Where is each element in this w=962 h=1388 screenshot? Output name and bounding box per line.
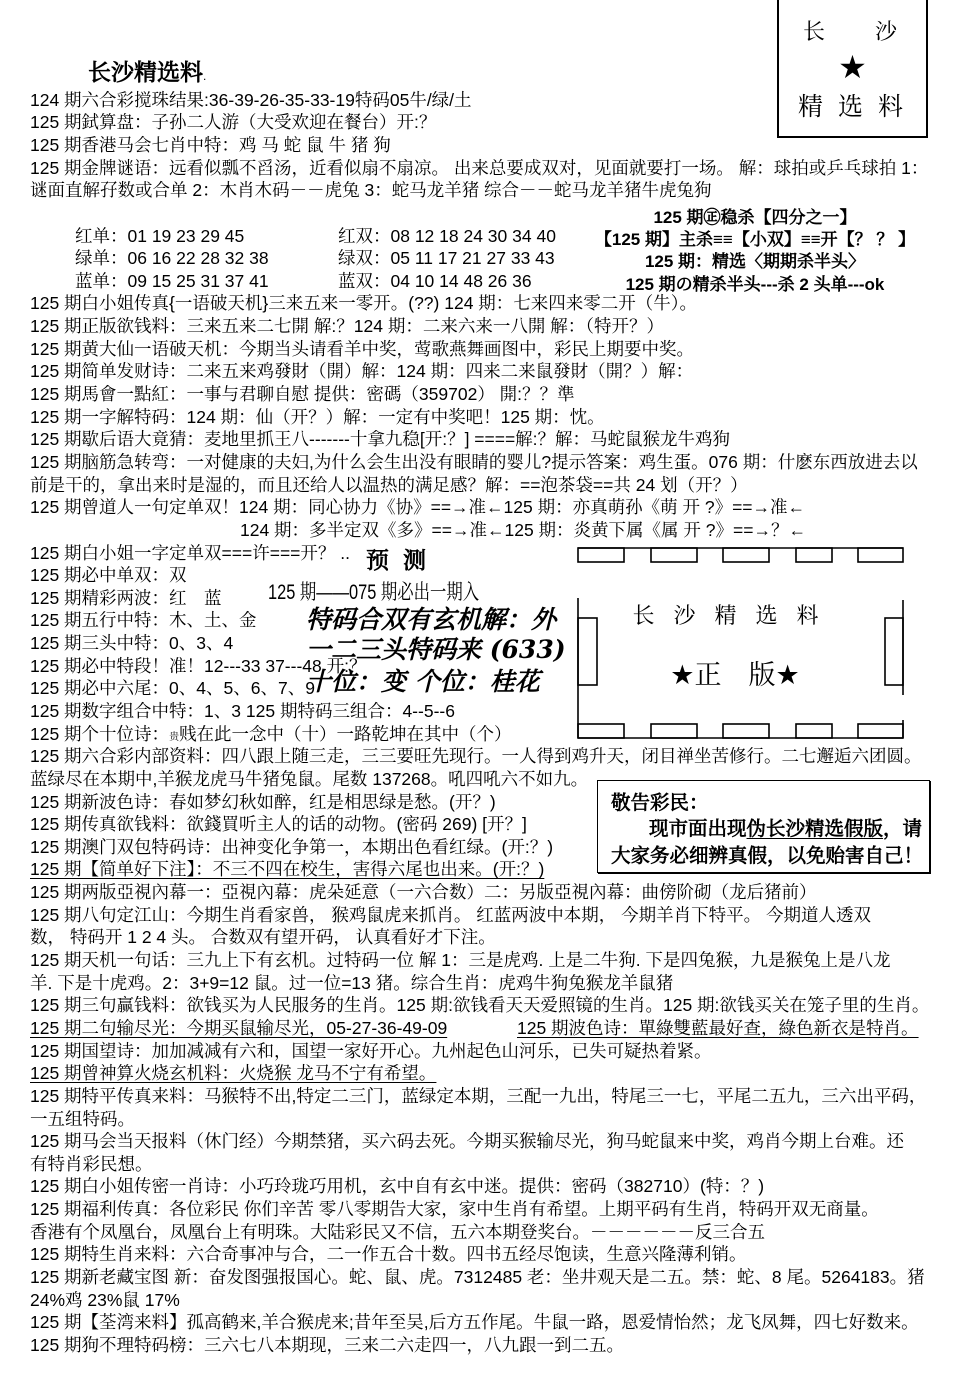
text-line: 125 期白小姐传密一肖诗：小巧玲珑巧用机，玄中自有玄中迷。提供：密码（3827… xyxy=(30,1175,950,1198)
underlined-text-right: 125 期波色诗：單綠雙藍最好查，綠色新衣是特肖。 xyxy=(517,1017,919,1040)
logo-char-chang: 长 xyxy=(803,20,825,44)
text-line: 125 期香港马会七肖中特：鸡 马 蛇 鼠 牛 猪 狗 xyxy=(30,134,950,157)
handwritten-line-3: 十位：变 个位：桂花 xyxy=(306,667,540,697)
logo-char-sha: 沙 xyxy=(875,20,897,44)
text-line: 125 期馬會一點紅：一事与君聊自慰 提供：密碼（359702） 開:？？準 xyxy=(30,383,950,406)
text-line-indented: 124 期：多半定双《多》==→准←125 期：炎黄下属《属 开 ?》==→？← xyxy=(30,519,950,542)
text-line: 125 期天机一句话：三九上下有玄机。过特码一位 解 1：三是虎鸡. 上是二牛狗… xyxy=(30,949,950,972)
text-line: 125 期新老藏宝图 新：奋发图强报国心。蛇、鼠、虎。7312485 老：坐井观… xyxy=(30,1266,950,1289)
notice-heading: 敬告彩民： xyxy=(611,791,709,815)
line-rest: 贱在此一念中（十）一路乾坤在其中（个） xyxy=(179,724,512,744)
text-line: 125 期金牌谜语：远看似瓢不舀汤，近看似扇不扇凉。 出来总要成双对，见面就要打… xyxy=(30,157,950,180)
decorative-frame xyxy=(570,540,915,745)
text-line: 125 期八句定江山：今期生肖看家兽， 猴鸡鼠虎来抓肖。 红蓝两波中本期， 今期… xyxy=(30,904,950,927)
title-text: 长沙精选料 xyxy=(88,59,203,85)
color-row-blue: 蓝单：09 15 25 31 37 41 蓝双：04 10 14 48 26 3… xyxy=(30,270,950,293)
text-line: 125 期特生肖来料：六合奇事冲与合，二一作五合十数。四书五经尽饱读，生意兴隆薄… xyxy=(30,1243,950,1266)
text-line: 125 期曾道人一句定单双！124 期：同心协力《协》==→准←125 期：亦真… xyxy=(30,496,950,519)
text-line: 125 期特平传真来料：马猴特不出,特定二三门，蓝绿定本期，三配一九出，特尾三一… xyxy=(30,1085,950,1108)
text-line: 谜面直解孖数或合单 2：木肖木码－－虎兔 3：蛇马龙羊猪 综合－－蛇马龙羊猪牛虎… xyxy=(30,179,950,202)
text-line: 125 期国望诗：加加减减有六和，国望一家好开心。九州起色山河乐，已失可疑热着紧… xyxy=(30,1040,950,1063)
text-line: 125 期脑筋急转弯：一对健康的夫妇,为什么会生出没有眼睛的婴儿?提示答案：鸡生… xyxy=(30,451,950,474)
red-single-numbers: 红单：01 19 23 29 45 xyxy=(75,225,244,248)
small-char: 贵 xyxy=(169,732,179,743)
text-line-two-segments: 125 期二句输尽光：今期买鼠输尽光，05-27-36-49-09 125 期波… xyxy=(30,1017,950,1040)
handwritten-line-2: 一二三头特码来 (633) xyxy=(306,635,566,665)
notice-box: 敬告彩民： 现市面出现伪长沙精选假版，请 大家务必细辨真假，以免贻害自己！ xyxy=(597,780,930,873)
text-line: 香港有个凤凰台，凤凰台上有明珠。大陆彩民又不信，五六本期登奖台。－－－－－－反三… xyxy=(30,1221,950,1244)
blue-single-numbers: 蓝单：09 15 25 31 37 41 xyxy=(75,270,269,293)
text-line: 有特肖彩民想。 xyxy=(30,1153,950,1176)
text-line: 125 期福利传真：各位彩民 你们辛苦 零八零期告大家，家中生肖有希望。上期平码… xyxy=(30,1198,950,1221)
handwritten-line-1: 特码合双有玄机解：外 xyxy=(306,605,556,635)
text-line: 24%鸡 23%鼠 17% xyxy=(30,1289,950,1312)
text-line-underlined: 125 期曾神算火烧玄机料：火烧猴 龙马不宁有希望。 xyxy=(30,1062,950,1085)
line-prefix: 125 期个十位诗： xyxy=(30,724,169,744)
underlined-text: 125 期【简单好下注】：不三不四在校生，害得六尾也出来。(开:？) xyxy=(30,859,544,879)
prediction-subtitle: 125 期——075 期必出一期入 xyxy=(268,581,479,605)
text-line: 前是干的，拿出来时是湿的，而且还给人以温热的满足感？解：==泡茶袋==共 24 … xyxy=(30,474,950,497)
line-draw-result: 124 期六合彩搅珠结果:36-39-26-35-33-19特码05牛/绿/土 xyxy=(30,89,950,112)
prediction-title: 预测 xyxy=(366,546,440,574)
text-line: 125 期六合彩内部资料：四八跟上随三走，三三要旺先现行。一人得到鸡升天，闭目禅… xyxy=(30,745,950,768)
color-row-green: 绿单：06 16 22 28 32 38 绿双：05 11 17 21 27 3… xyxy=(30,247,950,270)
text-line: 125 期两版亞視內幕一：亞視內幕：虎朵延意（一六合数）二：另版亞視內幕：曲傍阶… xyxy=(30,881,950,904)
text-line: 125 期【荃湾来料】孤高鹤来,羊合猴虎来;昔年至吴,后方五作尾。牛鼠一路，恩爱… xyxy=(30,1311,950,1334)
text-line: 125 期一字解特码：124 期：仙（开？）解：一定有中奖吧！125 期：忱。 xyxy=(30,406,950,429)
text-line: 125 期正版欲钱料：三来五来二七開 解:？124 期：二来六来一八開 解：（特… xyxy=(30,315,950,338)
text-line: 125 期白小姐传真{一语破天机}三来五来一零开。(??) 124 期：七来四来… xyxy=(30,292,950,315)
notice-line-1-pre: 现市面出现 xyxy=(649,818,747,840)
text-line: 125 期歇后语大竟猜：麦地里抓王八-------十拿九稳[开:？] ====解… xyxy=(30,428,950,451)
text-line: 数， 特码开 1 2 4 头。 合数双有望开码， 认真看好才下注。 xyxy=(30,926,950,949)
text-line: 125 期鉽算盘：子孙二人游（大受欢迎在餐台）开:？ xyxy=(30,111,950,134)
text-line: 125 期马会当天报料（休门经）今期禁猪，买六码去死。今期买猴输尽光，狗马蛇鼠来… xyxy=(30,1130,950,1153)
notice-line-2: 大家务必细辨真假，以免贻害自己！ xyxy=(611,844,923,868)
page-title: 长沙精选料. xyxy=(88,58,206,90)
red-double-numbers: 红双：08 12 18 24 30 34 40 xyxy=(338,225,556,248)
spacer-line xyxy=(30,202,950,225)
underlined-text-left: 125 期二句输尽光：今期买鼠输尽光，05-27-36-49-09 xyxy=(30,1018,447,1038)
notice-line-1-post: ，请 xyxy=(883,818,922,840)
blue-double-numbers: 蓝双：04 10 14 48 26 36 xyxy=(338,270,532,293)
title-dot: . xyxy=(203,69,206,83)
notice-fake-warning: 伪长沙精选假版 xyxy=(747,818,884,840)
text-line: 125 期三句赢钱料：欲钱买为人民服务的生肖。125 期:欲钱看天天爱照镜的生肖… xyxy=(30,994,950,1017)
text-line: 一五组特码。 xyxy=(30,1108,950,1131)
text-line: 羊. 下是十虎鸡。2：3+9=12 鼠。过一位=13 猪。综合生肖：虎鸡牛狗兔猴… xyxy=(30,972,950,995)
text-line: 125 期简单发财诗：二来五来鸡發財（開）解：124 期：四来二来鼠發財（開？）… xyxy=(30,360,950,383)
underlined-text: 125 期曾神算火烧玄机料：火烧猴 龙马不宁有希望。 xyxy=(30,1063,436,1083)
frame-brand-name: 长沙精选料 xyxy=(600,603,870,629)
green-double-numbers: 绿双：05 11 17 21 27 33 43 xyxy=(338,247,555,270)
frame-edition-label: ★正 版★ xyxy=(600,660,870,690)
color-row-red: 红单：01 19 23 29 45 红双：08 12 18 24 30 34 4… xyxy=(30,225,950,248)
notice-line-1: 现市面出现伪长沙精选假版，请 xyxy=(649,817,922,841)
text-line: 125 期狗不理特码榜：三六七八本期现，三来二六走四一，八九跟一到二五。 xyxy=(30,1334,950,1357)
text-line: 125 期黄大仙一语破天机：今期当头请看羊中奖，莺歌燕舞画图中，彩民上期要中奖。 xyxy=(30,338,950,361)
green-single-numbers: 绿单：06 16 22 28 32 38 xyxy=(75,247,269,270)
star-icon: ★ xyxy=(779,50,926,84)
